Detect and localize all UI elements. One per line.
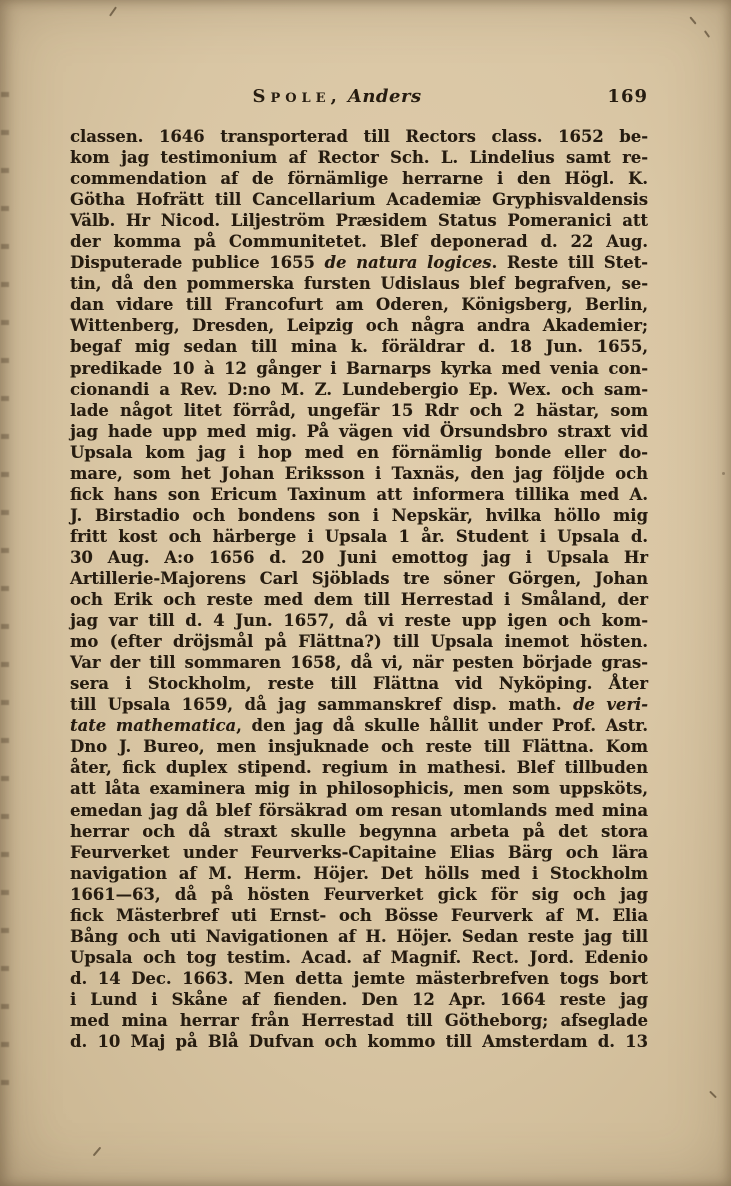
paper-speck [109, 6, 117, 16]
text-line: sera i Stockholm, reste till Flättna vid… [70, 673, 648, 694]
text-line: med mina herrar från Herrestad till Göth… [70, 1010, 648, 1031]
paper-speck [709, 1091, 717, 1099]
text-line: classen. 1646 transporterad till Rectors… [70, 126, 648, 147]
text-line: Upsala kom jag i hop med en förnämlig bo… [70, 442, 648, 463]
body-text: classen. 1646 transporterad till Rectors… [70, 126, 648, 1052]
text-line: mare, som het Johan Eriksson i Taxnäs, d… [70, 463, 648, 484]
text-line: der komma på Communitetet. Blef deponera… [70, 231, 648, 252]
text-line: Dno J. Bureo, men insjuknade och reste t… [70, 736, 648, 757]
paper-speck [93, 1147, 102, 1157]
text-line: Disputerade publice 1655 de natura logic… [70, 252, 648, 273]
text-line: 1661—63, då på hösten Feurverket gick fö… [70, 884, 648, 905]
text-line: tin, då den pommerska fursten Udislaus b… [70, 273, 648, 294]
page-content: Spole,Anders 169 classen. 1646 transport… [70, 86, 648, 1052]
subject-forename: Anders [348, 86, 422, 107]
text-line: predikade 10 à 12 gånger i Barnarps kyrk… [70, 358, 648, 379]
text-line: och Erik och reste med dem till Herresta… [70, 589, 648, 610]
text-line: jag var till d. 4 Jun. 1657, då vi reste… [70, 610, 648, 631]
text-line: fick Mästerbref uti Ernst- och Bösse Feu… [70, 905, 648, 926]
text-line: Var der till sommaren 1658, då vi, när p… [70, 652, 648, 673]
text-line: till Upsala 1659, då jag sammanskref dis… [70, 694, 648, 715]
text-line: i Lund i Skåne af fienden. Den 12 Apr. 1… [70, 989, 648, 1010]
text-line: cionandi a Rev. D:no M. Z. Lundebergio E… [70, 379, 648, 400]
text-line: att låta examinera mig in philosophicis,… [70, 778, 648, 799]
text-line: d. 10 Maj på Blå Dufvan och kommo till A… [70, 1031, 648, 1052]
paper-speck [704, 30, 710, 38]
text-line: emedan jag då blef försäkrad om resan ut… [70, 800, 648, 821]
text-line: kom jag testimonium af Rector Sch. L. Li… [70, 147, 648, 168]
page-number: 169 [607, 86, 648, 107]
page-title: Spole,Anders [252, 86, 421, 107]
text-line: jag hade upp med mig. På vägen vid Örsun… [70, 421, 648, 442]
text-line: lade något litet förråd, ungefär 15 Rdr … [70, 400, 648, 421]
text-line: Wittenberg, Dresden, Leipzig och några a… [70, 315, 648, 336]
text-line: mo (efter dröjsmål på Flättna?) till Ups… [70, 631, 648, 652]
text-line: fick hans son Ericum Taxinum att informe… [70, 484, 648, 505]
text-line: fritt kost och härberge i Upsala 1 år. S… [70, 526, 648, 547]
text-line: Feurverket under Feurverks-Capitaine Eli… [70, 842, 648, 863]
text-line: commendation af de förnämlige herrarne i… [70, 168, 648, 189]
text-line: begaf mig sedan till mina k. föräldrar d… [70, 336, 648, 357]
text-line: J. Birstadio och bondens son i Nepskär, … [70, 505, 648, 526]
subject-surname: Spole, [252, 86, 341, 107]
text-line: navigation af M. Herm. Höjer. Det hölls … [70, 863, 648, 884]
text-line: åter, fick duplex stipend. regium in mat… [70, 757, 648, 778]
text-line: 30 Aug. A:o 1656 d. 20 Juni emottog jag … [70, 547, 648, 568]
text-line: Götha Hofrätt till Cancellarium Academiæ… [70, 189, 648, 210]
text-line: dan vidare till Francofurt am Oderen, Kö… [70, 294, 648, 315]
paper-speck [689, 16, 696, 24]
book-page: Spole,Anders 169 classen. 1646 transport… [0, 0, 731, 1186]
text-line: tate mathematica, den jag då skulle håll… [70, 715, 648, 736]
text-line: Välb. Hr Nicod. Liljeström Præsidem Stat… [70, 210, 648, 231]
paper-speck [722, 472, 725, 475]
binding-marks [1, 92, 9, 1092]
running-header: Spole,Anders 169 [70, 86, 648, 114]
text-line: Upsala och tog testim. Acad. af Magnif. … [70, 947, 648, 968]
text-line: Artillerie-Majorens Carl Sjöblads tre sö… [70, 568, 648, 589]
text-line: Bång och uti Navigationen af H. Höjer. S… [70, 926, 648, 947]
text-line: d. 14 Dec. 1663. Men detta jemte mästerb… [70, 968, 648, 989]
text-line: herrar och då straxt skulle begynna arbe… [70, 821, 648, 842]
